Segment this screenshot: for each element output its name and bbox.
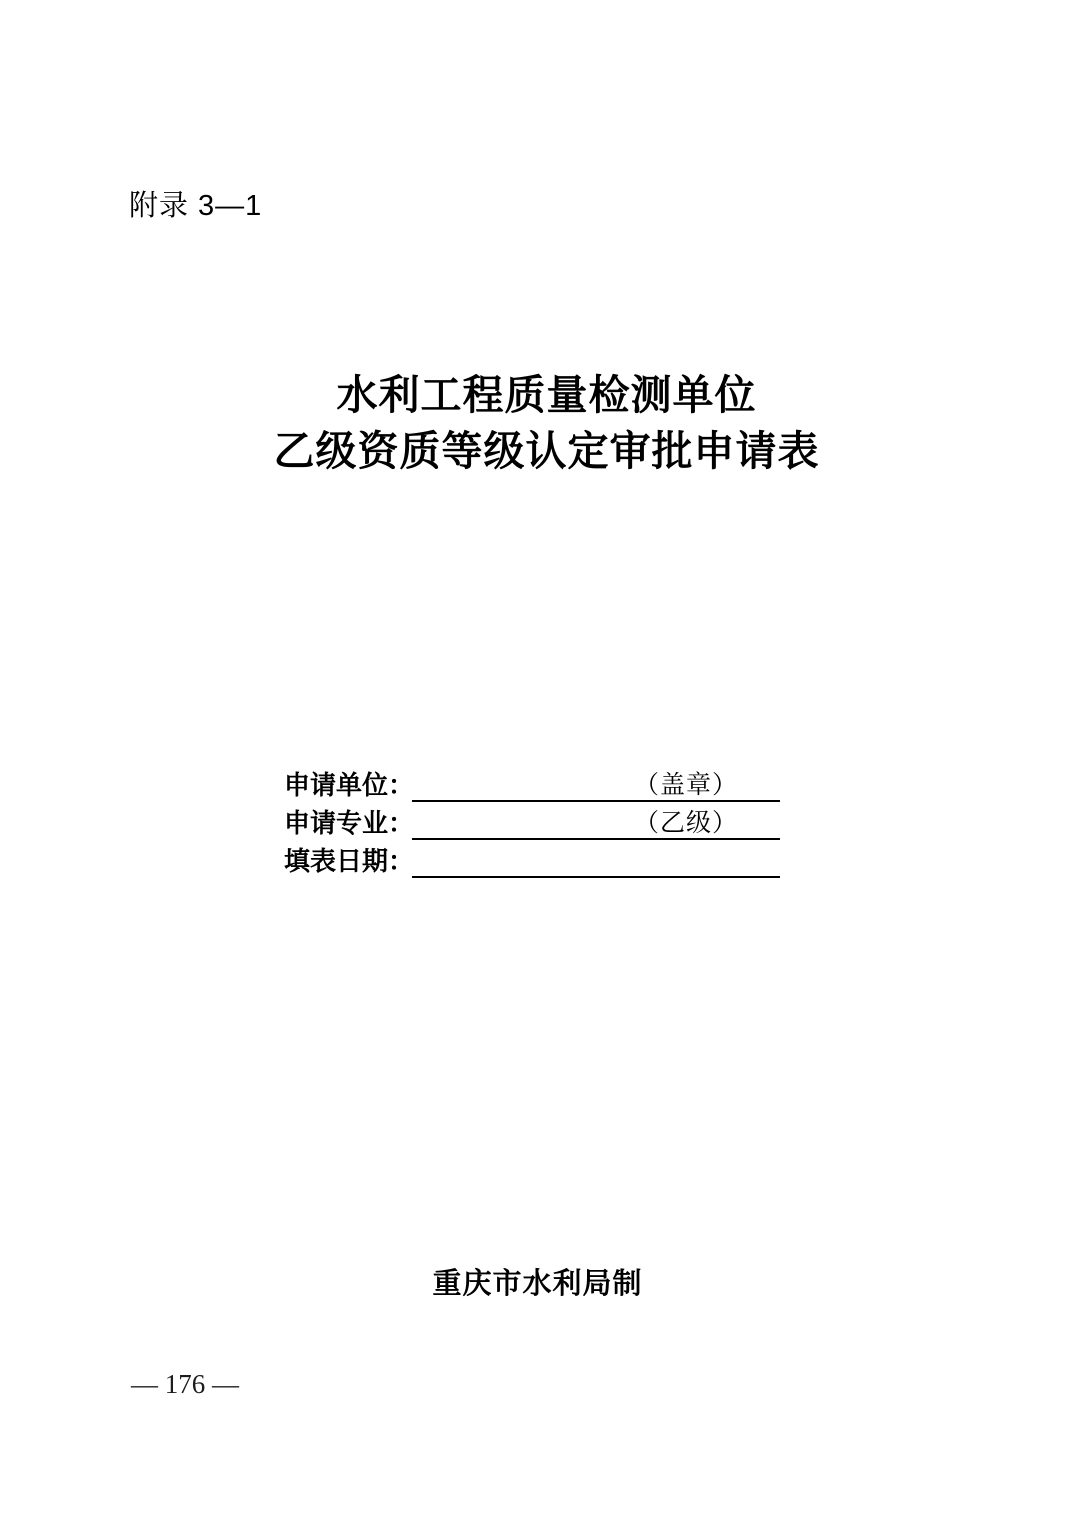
field-line-fill-date[interactable] (412, 840, 780, 878)
field-annotation-grade-b: （乙级） (634, 811, 738, 836)
field-line-applicant-unit[interactable]: （盖章） (412, 764, 780, 802)
document-title: 水利工程质量检测单位 乙级资质等级认定审批申请表 (9, 367, 1075, 479)
page-number: — 176 — (131, 1371, 239, 1398)
field-label-applicant-unit: 申请单位： (284, 772, 412, 802)
document-page: 附录 3—1 水利工程质量检测单位 乙级资质等级认定审批申请表 申请单位： （盖… (0, 0, 1075, 1519)
issuing-authority: 重庆市水利局制 (0, 1270, 1075, 1299)
form-row-application-specialty: 申请专业： （乙级） (284, 802, 784, 840)
document-title-line2: 乙级资质等级认定审批申请表 (9, 423, 1075, 479)
field-label-fill-date: 填表日期： (284, 848, 412, 878)
field-line-application-specialty[interactable]: （乙级） (412, 802, 780, 840)
document-title-line1: 水利工程质量检测单位 (9, 367, 1075, 423)
field-label-application-specialty: 申请专业： (284, 810, 412, 840)
field-annotation-seal: （盖章） (634, 773, 738, 798)
application-form-fields: 申请单位： （盖章） 申请专业： （乙级） 填表日期： (284, 764, 784, 878)
form-row-applicant-unit: 申请单位： （盖章） (284, 764, 784, 802)
appendix-label: 附录 3—1 (129, 191, 262, 223)
form-row-fill-date: 填表日期： (284, 840, 784, 878)
